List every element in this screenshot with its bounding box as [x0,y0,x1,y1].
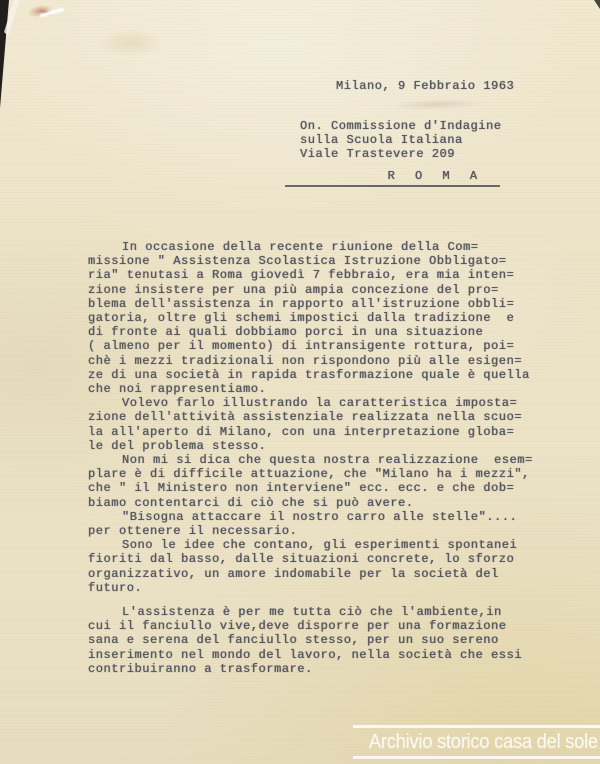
typed-line: L'assistenza è per me tutta ciò che l'am… [88,605,558,619]
typed-line: la all'aperto di Milano, con una interpr… [88,425,558,439]
typed-line: missione " Assistenza Scolastica Istruzi… [88,254,558,268]
typed-line: In occasione della recente riunione dell… [88,240,558,254]
scan-edge-top-left [0,0,12,108]
typed-line: che noi rappresentiamo. [88,382,558,396]
letter-body: In occasione della recente riunione dell… [88,240,558,676]
typed-line: On. Commissione d'Indagine [300,120,515,134]
typed-line: ( almeno per il momento) di intransigent… [88,339,558,353]
typed-line: "Bisogna attaccare il nostro carro alle … [88,510,558,524]
paragraph-2: Volevo farlo illustrando la caratteristi… [88,396,558,453]
typed-line: cui il fanciullo vive,deve disporre per … [88,619,558,633]
typed-line: fioriti dal basso, dalle situazioni conc… [88,552,558,566]
typed-line: biamo contentarci di ciò che si può aver… [88,496,558,510]
typed-line: ze di una società in rapida trasformazio… [88,368,558,382]
typed-line: plare è di difficile attuazione, che "Mi… [88,467,558,481]
paragraph-1: In occasione della recente riunione dell… [88,240,558,396]
paragraph-6: L'assistenza è per me tutta ciò che l'am… [88,605,558,676]
archive-watermark-text: Archivio storico casa del sole [369,730,598,754]
pencil-smudge [388,97,486,111]
typed-line: Non mi si dica che questa nostra realizz… [88,453,558,467]
recipient-address-block: On. Commissione d'Indaginesulla Scuola I… [285,120,515,187]
typed-line: le del problema stesso. [88,439,558,453]
paper-stain [96,28,166,58]
typed-line: gatoria, oltre gli schemi impostici dall… [88,311,558,325]
typed-line: zione insistere per una più ampia concez… [88,283,558,297]
paper-crease-highlight [40,8,64,17]
paragraph-3: Non mi si dica che questa nostra realizz… [88,453,558,510]
typed-line: futuro. [88,581,558,595]
red-ink-mark-dark-spot [37,7,53,18]
letter-dateline: Milano, 9 Febbraio 1963 [336,79,514,93]
scan-edge-top-right [593,0,600,9]
typed-line: di fronte ai quali dobbiamo porci in una… [88,325,558,339]
watermark-rule-top [353,725,600,728]
typed-line: contribuiranno a trasformare. [88,662,558,676]
paragraph-4: "Bisogna attaccare il nostro carro alle … [88,510,558,538]
recipient-city-underlined: R O M A [285,169,500,186]
typed-line: Sono le idee che contano, gli esperiment… [88,538,558,552]
typed-line: sana e serena del fanciullo stesso, per … [88,633,558,647]
typed-line: Viale Trastevere 209 [300,148,515,162]
typed-line: sulla Scuola Italiana [300,134,515,148]
recipient-address-lines: On. Commissione d'Indaginesulla Scuola I… [285,120,515,161]
paper-edge-highlight [1,0,21,36]
typed-line: per ottenere il necessario. [88,524,558,538]
typed-line: zione dell'attività assistenziale realiz… [88,410,558,424]
typed-line: inserimento nel mondo del lavoro, nella … [88,648,558,662]
typed-line: blema dell'assistenza in rapporto all'is… [88,297,558,311]
typed-line: organizzativo, un amore indomabile per l… [88,567,558,581]
typed-line: ria" tenutasi a Roma giovedì 7 febbraio,… [88,268,558,282]
scanned-letter-page: Milano, 9 Febbraio 1963 On. Commissione … [0,0,600,764]
typed-line: che " il Ministero non interviene" ecc. … [88,481,558,495]
paragraph-5: Sono le idee che contano, gli esperiment… [88,538,558,595]
typed-line: chè i mezzi tradizionali non rispondono … [88,354,558,368]
red-ink-mark [26,2,54,19]
watermark-rule-bottom [353,756,600,759]
typed-line: Volevo farlo illustrando la caratteristi… [88,396,558,410]
